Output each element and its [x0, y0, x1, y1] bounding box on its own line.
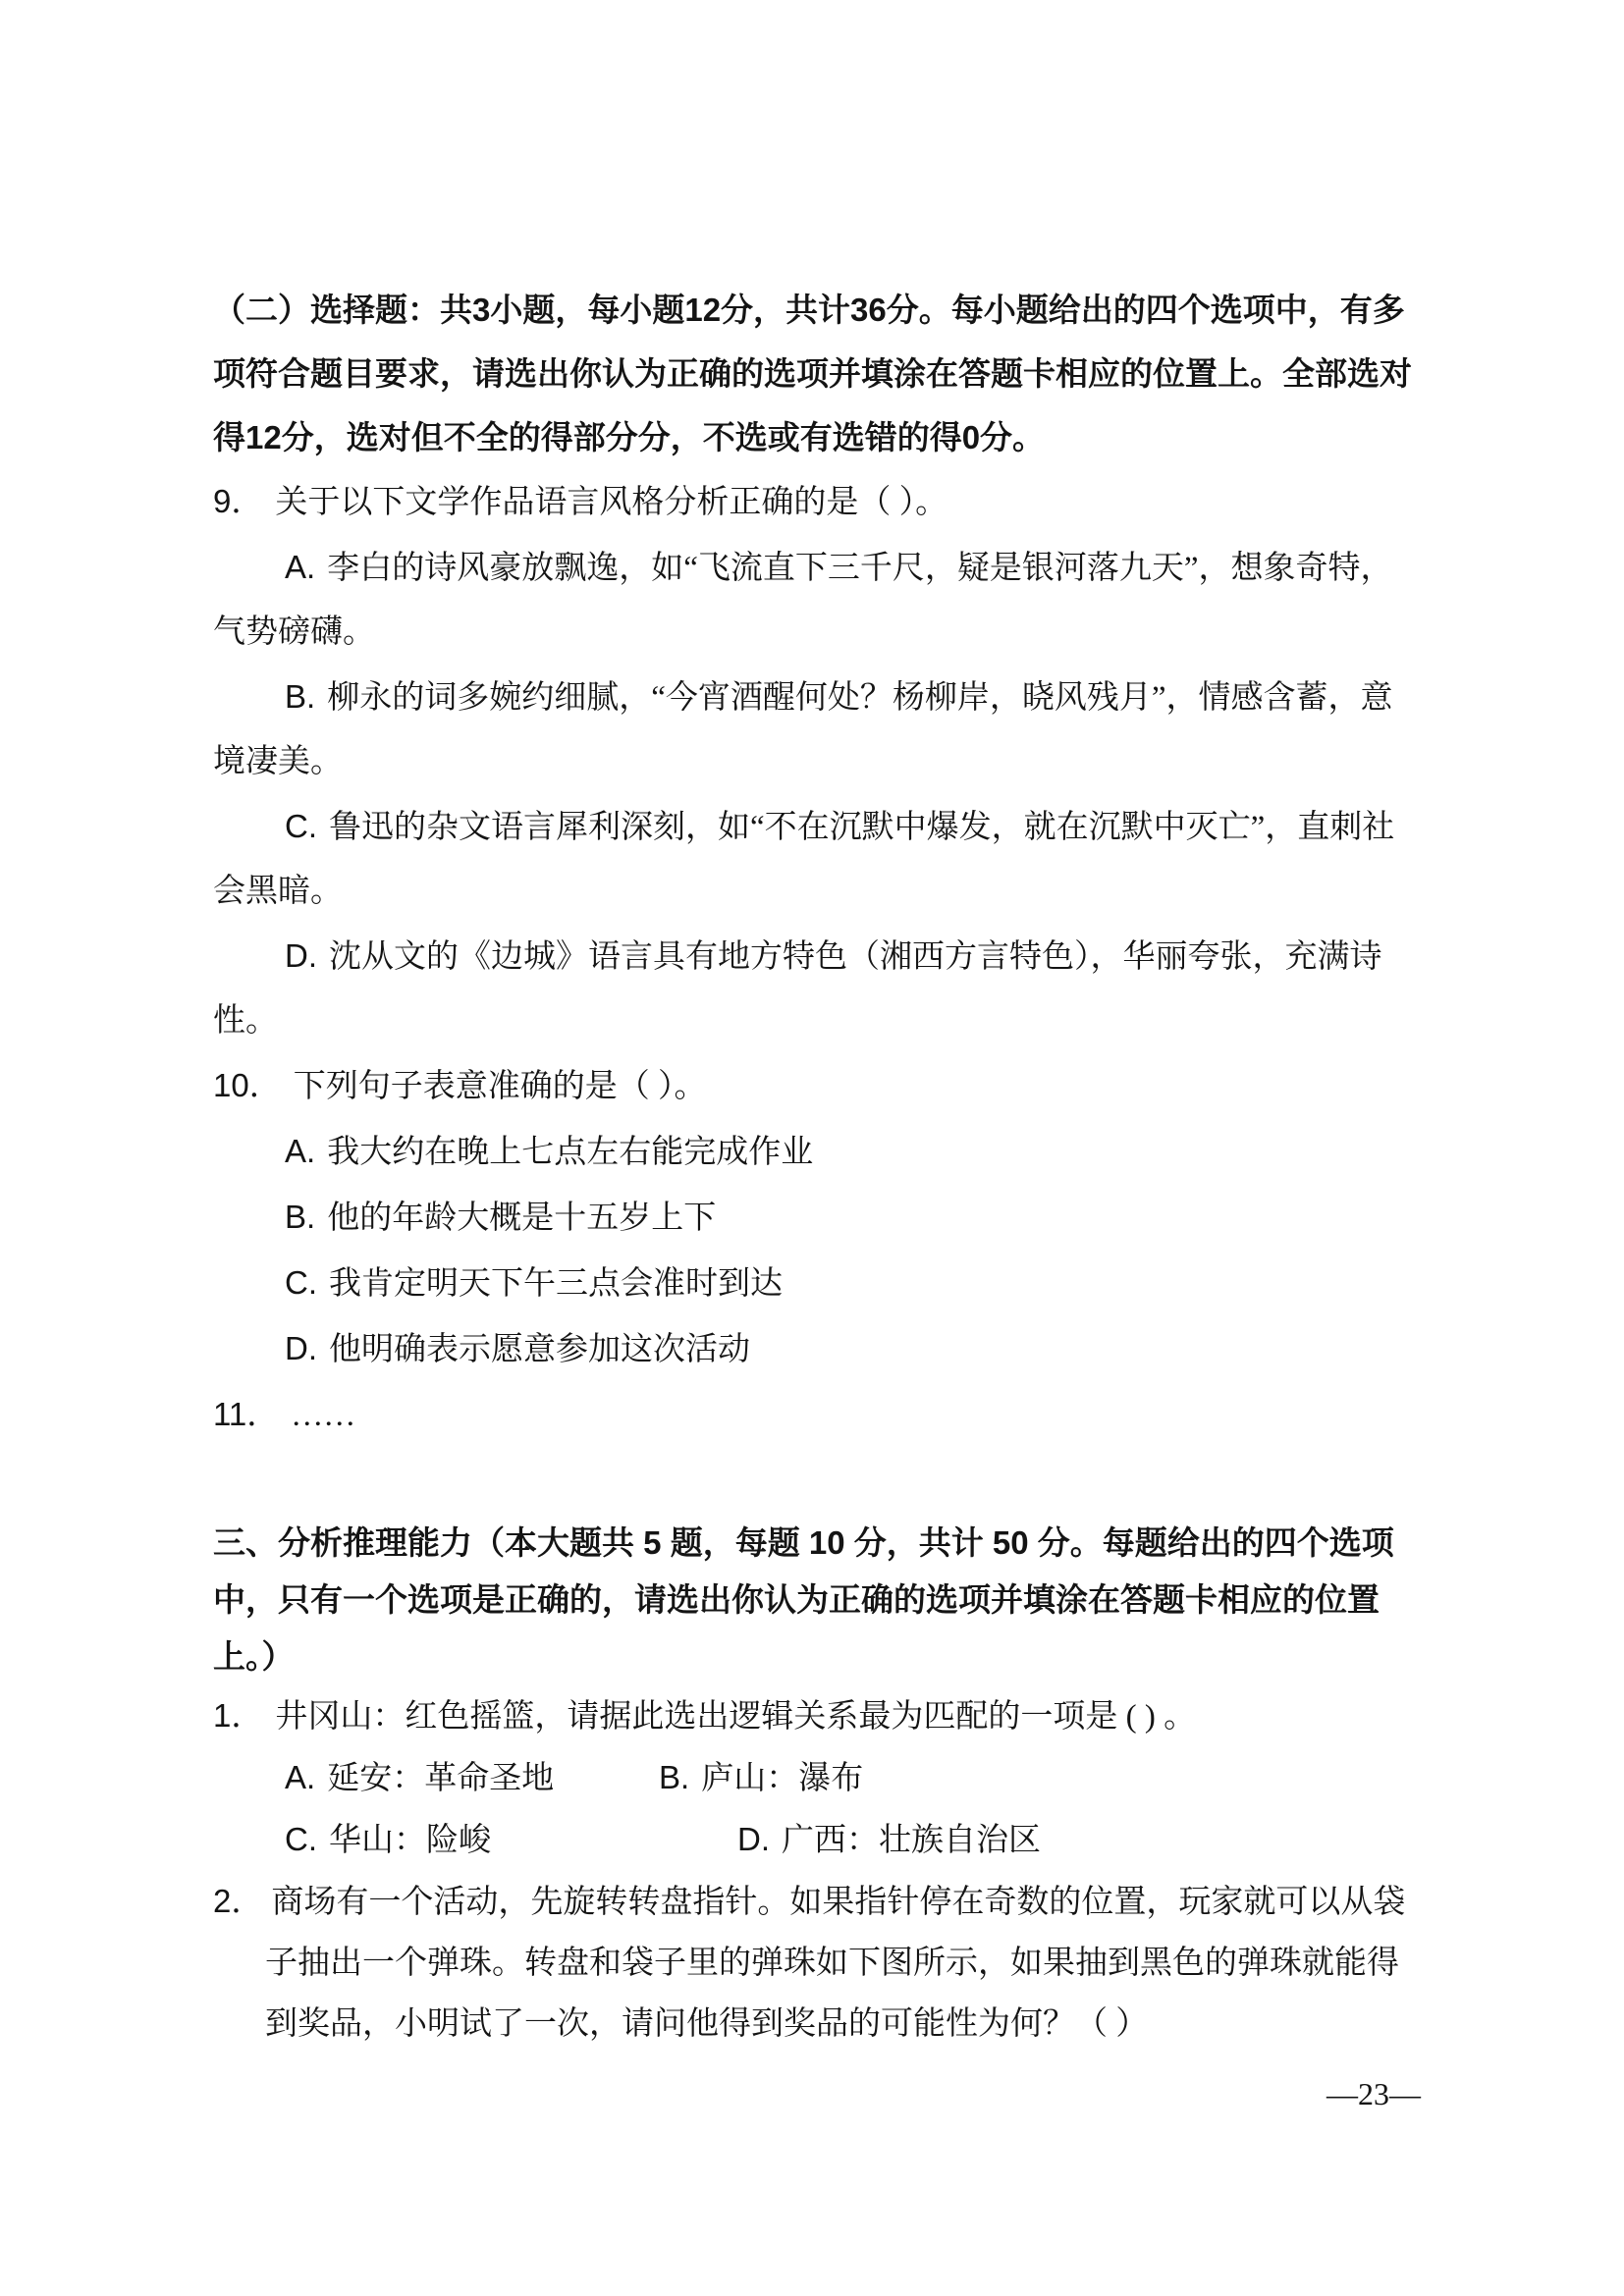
option-d-label: D.: [285, 937, 317, 974]
question-10-option-a: A.我大约在晚上七点左右能完成作业: [213, 1119, 1421, 1185]
option-a-text: 我大约在晚上七点左右能完成作业: [327, 1135, 813, 1170]
option-a-text: 延安：革命圣地: [327, 1761, 554, 1796]
option-c-label: C.: [285, 808, 317, 844]
option-b-text: 庐山：瀑布: [701, 1761, 863, 1796]
option-b-label: B.: [285, 1199, 315, 1235]
question-2-text: 商场有一个活动，先旋转转盘指针。如果指针停在奇数的位置，玩家就可以从袋子抽出一个…: [265, 1885, 1405, 2042]
option-a-label: A.: [285, 1759, 315, 1795]
question-1-options-row-1: A.延安：革命圣地 B.庐山：瀑布: [213, 1747, 1421, 1809]
question-2-number: 2．: [213, 1883, 263, 1919]
option-a-label: A.: [285, 1133, 315, 1169]
option-b-label: B.: [659, 1759, 689, 1795]
page-content: （二）选择题：共3小题，每小题12分，共计36分。每小题给出的四个选项中，有多项…: [213, 278, 1421, 2115]
question-1: 1．井冈山：红色摇篮，请据此选出逻辑关系最为匹配的一项是 ( ) 。: [213, 1685, 1421, 1747]
question-9-option-b: B.柳永的词多婉约细腻，“今宵酒醒何处？杨柳岸，晓风残月”，情感含蓄，意境凄美。: [213, 665, 1421, 794]
option-d-label: D.: [285, 1330, 317, 1366]
option-d-text: 沈从文的《边城》语言具有地方特色（湘西方言特色），华丽夸张，充满诗性。: [213, 939, 1382, 1039]
option-c-text: 鲁迅的杂文语言犀利深刻，如“不在沉默中爆发，就在沉默中灭亡”，直刺社会黑暗。: [213, 810, 1394, 909]
question-9-option-d: D.沈从文的《边城》语言具有地方特色（湘西方言特色），华丽夸张，充满诗性。: [213, 924, 1421, 1053]
question-10-option-c: C.我肯定明天下午三点会准时到达: [213, 1251, 1421, 1316]
question-1-option-a: A.延安：革命圣地: [285, 1747, 659, 1809]
question-2: 2．商场有一个活动，先旋转转盘指针。如果指针停在奇数的位置，玩家就可以从袋子抽出…: [213, 1871, 1421, 2055]
question-9: 9．关于以下文学作品语言风格分析正确的是（ ）。: [213, 469, 1421, 535]
question-1-option-d: D.广西：壮族自治区: [737, 1809, 1041, 1871]
question-1-option-c: C.华山：险峻: [285, 1809, 737, 1871]
option-b-label: B.: [285, 678, 315, 715]
page-number: —23—: [213, 2072, 1421, 2115]
option-c-label: C.: [285, 1264, 317, 1301]
question-10-text: 下列句子表意准确的是（ ）。: [294, 1069, 707, 1104]
option-d-text: 他明确表示愿意参加这次活动: [329, 1332, 750, 1367]
option-c-text: 我肯定明天下午三点会准时到达: [329, 1266, 783, 1302]
question-10-option-b: B.他的年龄大概是十五岁上下: [213, 1185, 1421, 1251]
question-11-text: ……: [291, 1398, 355, 1433]
section-three-body: 1．井冈山：红色摇篮，请据此选出逻辑关系最为匹配的一项是 ( ) 。 A.延安：…: [213, 1685, 1421, 2055]
question-9-text: 关于以下文学作品语言风格分析正确的是（ ）。: [275, 485, 947, 520]
option-c-label: C.: [285, 1821, 317, 1857]
option-a-text: 李白的诗风豪放飘逸，如“飞流直下三千尺，疑是银河落九天”，想象奇特，气势磅礴。: [213, 551, 1392, 650]
question-9-option-c: C.鲁迅的杂文语言犀利深刻，如“不在沉默中爆发，就在沉默中灭亡”，直刺社会黑暗。: [213, 794, 1421, 924]
section-two-intro: （二）选择题：共3小题，每小题12分，共计36分。每小题给出的四个选项中，有多项…: [213, 278, 1421, 469]
question-1-number: 1．: [213, 1697, 263, 1734]
exam-page: （二）选择题：共3小题，每小题12分，共计36分。每小题给出的四个选项中，有多项…: [0, 0, 1624, 2296]
question-9-option-a: A.李白的诗风豪放飘逸，如“飞流直下三千尺，疑是银河落九天”，想象奇特，气势磅礴…: [213, 535, 1421, 665]
question-11: 11．……: [213, 1382, 1421, 1448]
option-b-text: 柳永的词多婉约细腻，“今宵酒醒何处？杨柳岸，晓风残月”，情感含蓄，意境凄美。: [213, 680, 1392, 779]
option-a-label: A.: [285, 549, 315, 585]
question-9-number: 9．: [213, 483, 263, 519]
section-three-heading: 三、分析推理能力（本大题共 5 题，每题 10 分，共计 50 分。每题给出的四…: [213, 1515, 1421, 1685]
question-11-number: 11．: [213, 1396, 279, 1432]
question-10: 10．下列句子表意准确的是（ ）。: [213, 1053, 1421, 1119]
option-d-text: 广西：壮族自治区: [782, 1823, 1041, 1858]
question-1-options-row-2: C.华山：险峻 D.广西：壮族自治区: [213, 1809, 1421, 1871]
question-1-option-b: B.庐山：瀑布: [659, 1747, 863, 1809]
question-10-option-d: D.他明确表示愿意参加这次活动: [213, 1316, 1421, 1382]
option-d-label: D.: [737, 1821, 770, 1857]
question-10-number: 10．: [213, 1067, 282, 1103]
option-b-text: 他的年龄大概是十五岁上下: [327, 1201, 716, 1236]
option-c-text: 华山：险峻: [329, 1823, 491, 1858]
question-1-text: 井冈山：红色摇篮，请据此选出逻辑关系最为匹配的一项是 ( ) 。: [275, 1699, 1196, 1735]
